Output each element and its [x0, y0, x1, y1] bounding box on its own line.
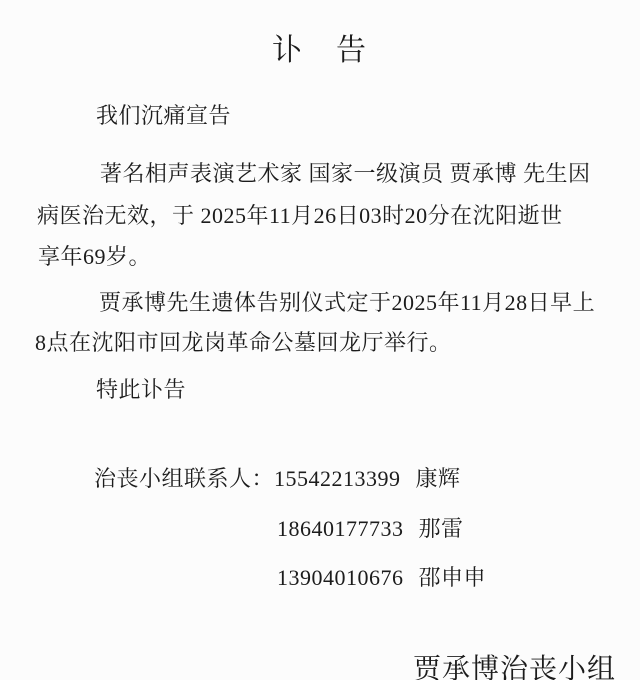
paragraph1-line2: 病医治无效，于 2025年11月26日03时20分在沈阳逝世	[37, 203, 563, 228]
paragraph1-line1: 著名相声表演艺术家 国家一级演员 贾承博 先生因	[100, 161, 591, 186]
contact-row: 15542213399康辉	[274, 466, 461, 491]
obituary-notice-document: 讣 告 我们沉痛宣告 著名相声表演艺术家 国家一级演员 贾承博 先生因 病医治无…	[0, 0, 640, 680]
contact-row: 13904010676邵申申	[277, 565, 486, 590]
contact-phone: 13904010676	[277, 565, 404, 590]
closing-statement: 特此讣告	[96, 377, 186, 402]
paragraph2-line1: 贾承博先生遗体告别仪式定于2025年11月28日早上	[99, 290, 595, 315]
intro-line: 我们沉痛宣告	[96, 103, 231, 128]
contact-name: 康辉	[416, 466, 461, 491]
contact-name: 那雷	[419, 516, 464, 541]
contact-phone: 15542213399	[274, 466, 401, 491]
contact-name: 邵申申	[419, 565, 487, 590]
contact-row: 18640177733那雷	[277, 516, 464, 541]
signature-funeral-committee: 贾承博治丧小组	[413, 654, 616, 680]
notice-title: 讣 告	[0, 34, 640, 69]
paragraph1-line3: 享年69岁。	[38, 244, 151, 269]
contact-group-label: 治丧小组联系人：	[94, 466, 274, 491]
paragraph2-line2: 8点在沈阳市回龙岗革命公墓回龙厅举行。	[35, 330, 452, 355]
contact-phone: 18640177733	[277, 516, 404, 541]
